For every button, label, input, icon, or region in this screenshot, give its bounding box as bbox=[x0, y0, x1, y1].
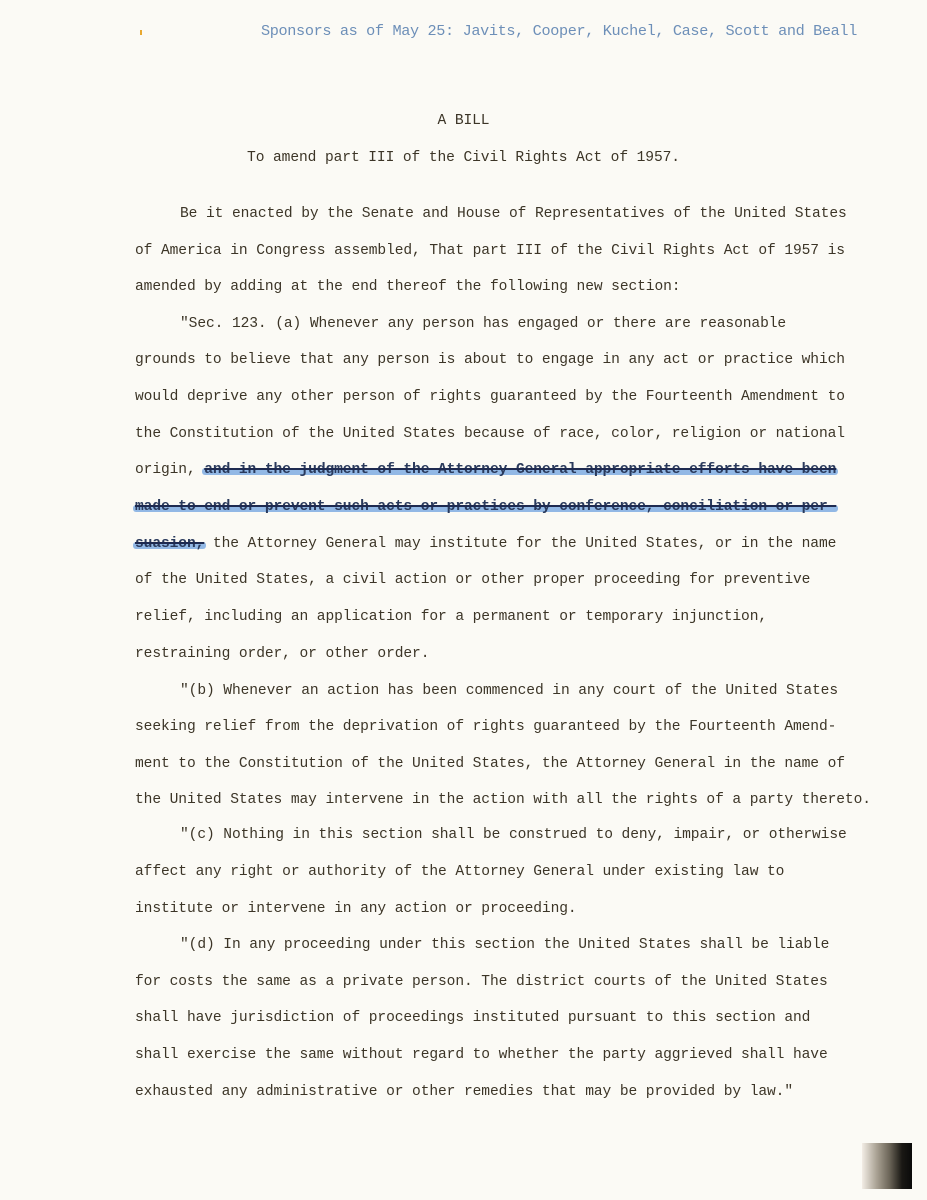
bill-subtitle: To amend part III of the Civil Rights Ac… bbox=[0, 150, 927, 166]
sec-b-line-3: ment to the Constitution of the United S… bbox=[135, 756, 845, 772]
scan-edge-mark bbox=[862, 1143, 912, 1189]
struck-text: suasion, bbox=[135, 536, 204, 552]
document-page: Sponsors as of May 25: Javits, Cooper, K… bbox=[0, 0, 927, 1200]
sec-a-line-10: restraining order, or other order. bbox=[135, 646, 429, 662]
sec-b-line-2: seeking relief from the deprivation of r… bbox=[135, 719, 836, 735]
sec-a-line-5: origin, and in the judgment of the Attor… bbox=[135, 462, 836, 478]
sec-a-line-6: made to end or prevent such acts or prac… bbox=[135, 499, 836, 515]
sec-d-line-3: shall have jurisdiction of proceedings i… bbox=[135, 1010, 810, 1026]
sec-a-line-8: of the United States, a civil action or … bbox=[135, 572, 810, 588]
sec-a-line-2: grounds to believe that any person is ab… bbox=[135, 352, 845, 368]
sec-c-line-3: institute or intervene in any action or … bbox=[135, 901, 577, 917]
sec-a-line-7: suasion, the Attorney General may instit… bbox=[135, 536, 836, 552]
sec-a-line-9: relief, including an application for a p… bbox=[135, 609, 767, 625]
struck-text: and in the judgment of the Attorney Gene… bbox=[204, 462, 836, 478]
margin-mark bbox=[140, 30, 142, 35]
bill-heading: A BILL bbox=[0, 113, 927, 129]
sponsors-note: Sponsors as of May 25: Javits, Cooper, K… bbox=[261, 22, 857, 40]
struck-text: made to end or prevent such acts or prac… bbox=[135, 499, 836, 515]
sec-d-line-1: "(d) In any proceeding under this sectio… bbox=[180, 937, 829, 953]
enacting-line-2: of America in Congress assembled, That p… bbox=[135, 243, 845, 259]
sec-c-line-1: "(c) Nothing in this section shall be co… bbox=[180, 827, 847, 843]
sec-a-origin-text: origin, bbox=[135, 462, 204, 478]
sec-d-line-5: exhausted any administrative or other re… bbox=[135, 1084, 793, 1100]
sec-a-continued-text: the Attorney General may institute for t… bbox=[204, 536, 836, 552]
sec-a-line-1: "Sec. 123. (a) Whenever any person has e… bbox=[180, 316, 786, 332]
sec-b-line-4: the United States may intervene in the a… bbox=[135, 792, 871, 808]
sec-b-line-1: "(b) Whenever an action has been commenc… bbox=[180, 683, 838, 699]
sec-c-line-2: affect any right or authority of the Att… bbox=[135, 864, 784, 880]
sec-a-line-3: would deprive any other person of rights… bbox=[135, 389, 845, 405]
sec-d-line-2: for costs the same as a private person. … bbox=[135, 974, 828, 990]
enacting-line-1: Be it enacted by the Senate and House of… bbox=[180, 206, 847, 222]
enacting-line-3: amended by adding at the end thereof the… bbox=[135, 279, 680, 295]
sec-a-line-4: the Constitution of the United States be… bbox=[135, 426, 845, 442]
sec-d-line-4: shall exercise the same without regard t… bbox=[135, 1047, 828, 1063]
